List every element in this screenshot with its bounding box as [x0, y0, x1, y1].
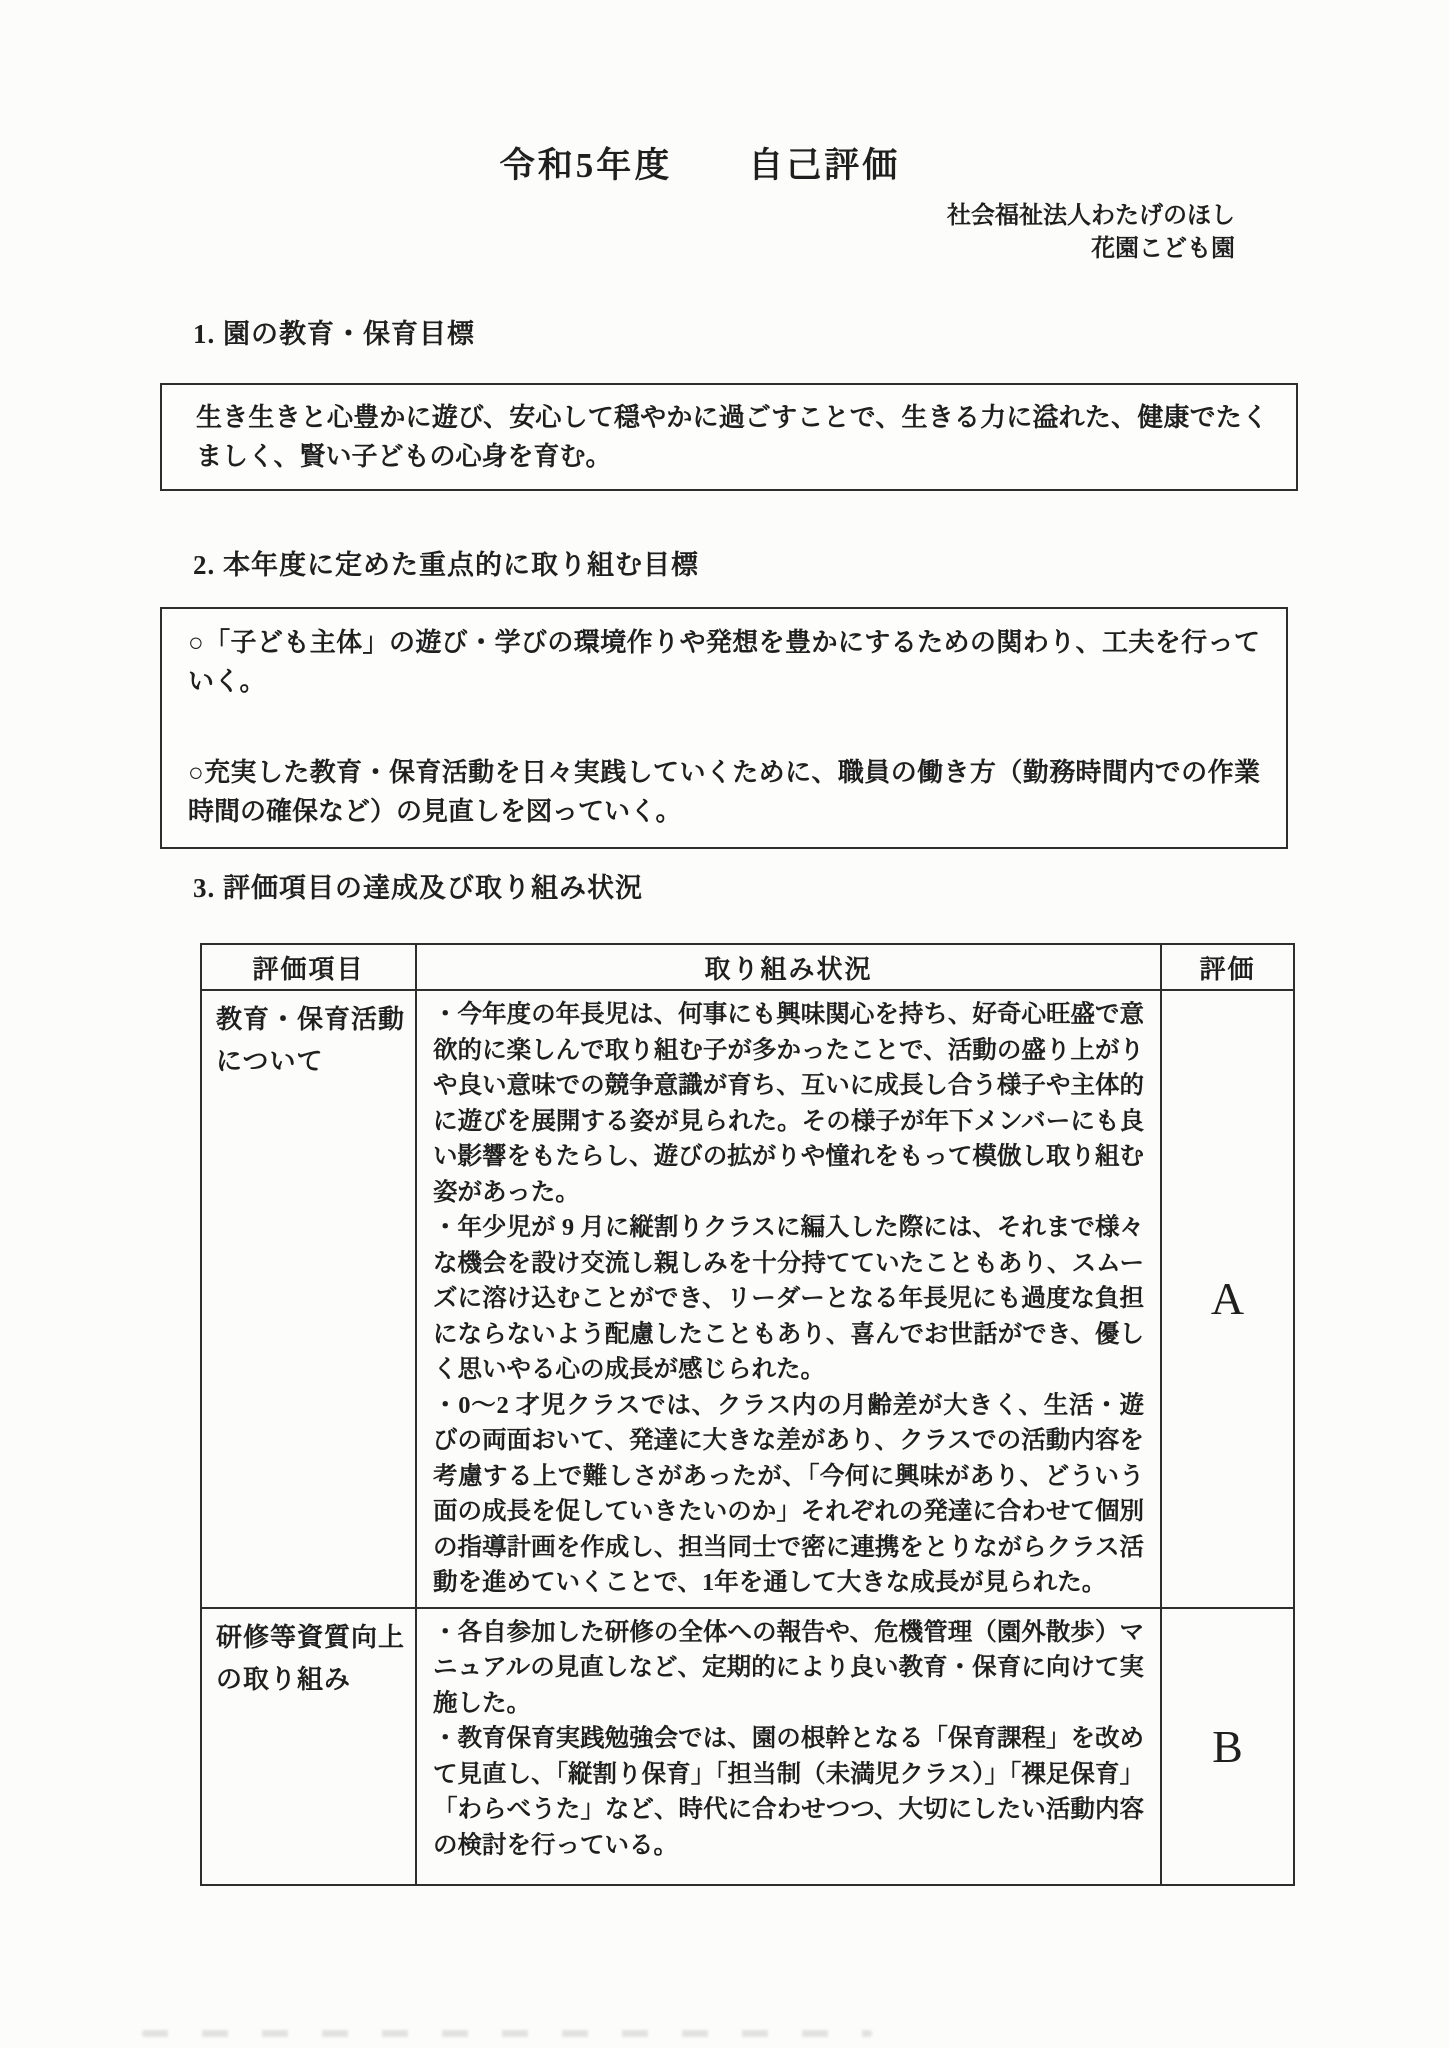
row1-status-paragraph-2: ・年少児が 9 月に縦割りクラスに編入した際には、それまで様々な機会を設け交流し…	[433, 1210, 1144, 1388]
section-1-heading: 1. 園の教育・保育目標	[193, 312, 475, 351]
priority-goal-2: ○充実した教育・保育活動を日々実践していくために、職員の働き方（勤務時間内での作…	[188, 753, 1260, 831]
row2-rating: B	[1161, 1608, 1294, 1885]
row1-status: ・今年度の年長児は、何事にも興味関心を持ち、好奇心旺盛で意欲的に楽しんで取り組む…	[416, 990, 1161, 1608]
column-header-rating: 評価	[1161, 944, 1294, 990]
column-header-item: 評価項目	[201, 944, 416, 990]
row1-status-paragraph-1: ・今年度の年長児は、何事にも興味関心を持ち、好奇心旺盛で意欲的に楽しんで取り組む…	[433, 997, 1144, 1210]
education-goal-box: 生き生きと心豊かに遊び、安心して穏やかに過ごすことで、生きる力に溢れた、健康でた…	[160, 383, 1298, 491]
table-row: 教育・保育活動について ・今年度の年長児は、何事にも興味関心を持ち、好奇心旺盛で…	[201, 990, 1294, 1608]
row2-item: 研修等資質向上の取り組み	[201, 1608, 416, 1885]
facility-name: 花園こども園	[947, 233, 1235, 266]
row1-status-paragraph-3: ・0～2 才児クラスでは、クラス内の月齢差が大きく、生活・遊びの両面おいて、発達…	[433, 1388, 1144, 1601]
evaluation-table: 評価項目 取り組み状況 評価 教育・保育活動について ・今年度の年長児は、何事に…	[200, 943, 1295, 1886]
priority-goal-1: ○「子ども主体」の遊び・学びの環境作りや発想を豊かにするための関わり、工夫を行っ…	[188, 623, 1260, 701]
organization-block: 社会福祉法人わたげのほし 花園こども園	[947, 200, 1235, 266]
row2-status-paragraph-1: ・各自参加した研修の全体への報告や、危機管理（園外散歩）マニュアルの見直しなど、…	[433, 1615, 1144, 1722]
page-title: 令和5年度 自己評価	[0, 138, 1400, 188]
priority-goals-box: ○「子ども主体」の遊び・学びの環境作りや発想を豊かにするための関わり、工夫を行っ…	[160, 607, 1288, 849]
scan-artifact	[142, 2030, 872, 2037]
table-row: 研修等資質向上の取り組み ・各自参加した研修の全体への報告や、危機管理（園外散歩…	[201, 1608, 1294, 1885]
row1-rating: A	[1161, 990, 1294, 1608]
organization-name: 社会福祉法人わたげのほし	[947, 200, 1235, 233]
section-2-heading: 2. 本年度に定めた重点的に取り組む目標	[193, 543, 699, 582]
row2-status: ・各自参加した研修の全体への報告や、危機管理（園外散歩）マニュアルの見直しなど、…	[416, 1608, 1161, 1885]
section-3-heading: 3. 評価項目の達成及び取り組み状況	[193, 866, 643, 905]
row1-item: 教育・保育活動について	[201, 990, 416, 1608]
column-header-status: 取り組み状況	[416, 944, 1161, 990]
row2-status-paragraph-2: ・教育保育実践勉強会では、園の根幹となる「保育課程」を改めて見直し、「縦割り保育…	[433, 1721, 1144, 1863]
document-page: 令和5年度 自己評価 社会福祉法人わたげのほし 花園こども園 1. 園の教育・保…	[0, 0, 1449, 2048]
table-header-row: 評価項目 取り組み状況 評価	[201, 944, 1294, 990]
education-goal-text: 生き生きと心豊かに遊び、安心して穏やかに過ごすことで、生きる力に溢れた、健康でた…	[196, 398, 1268, 476]
